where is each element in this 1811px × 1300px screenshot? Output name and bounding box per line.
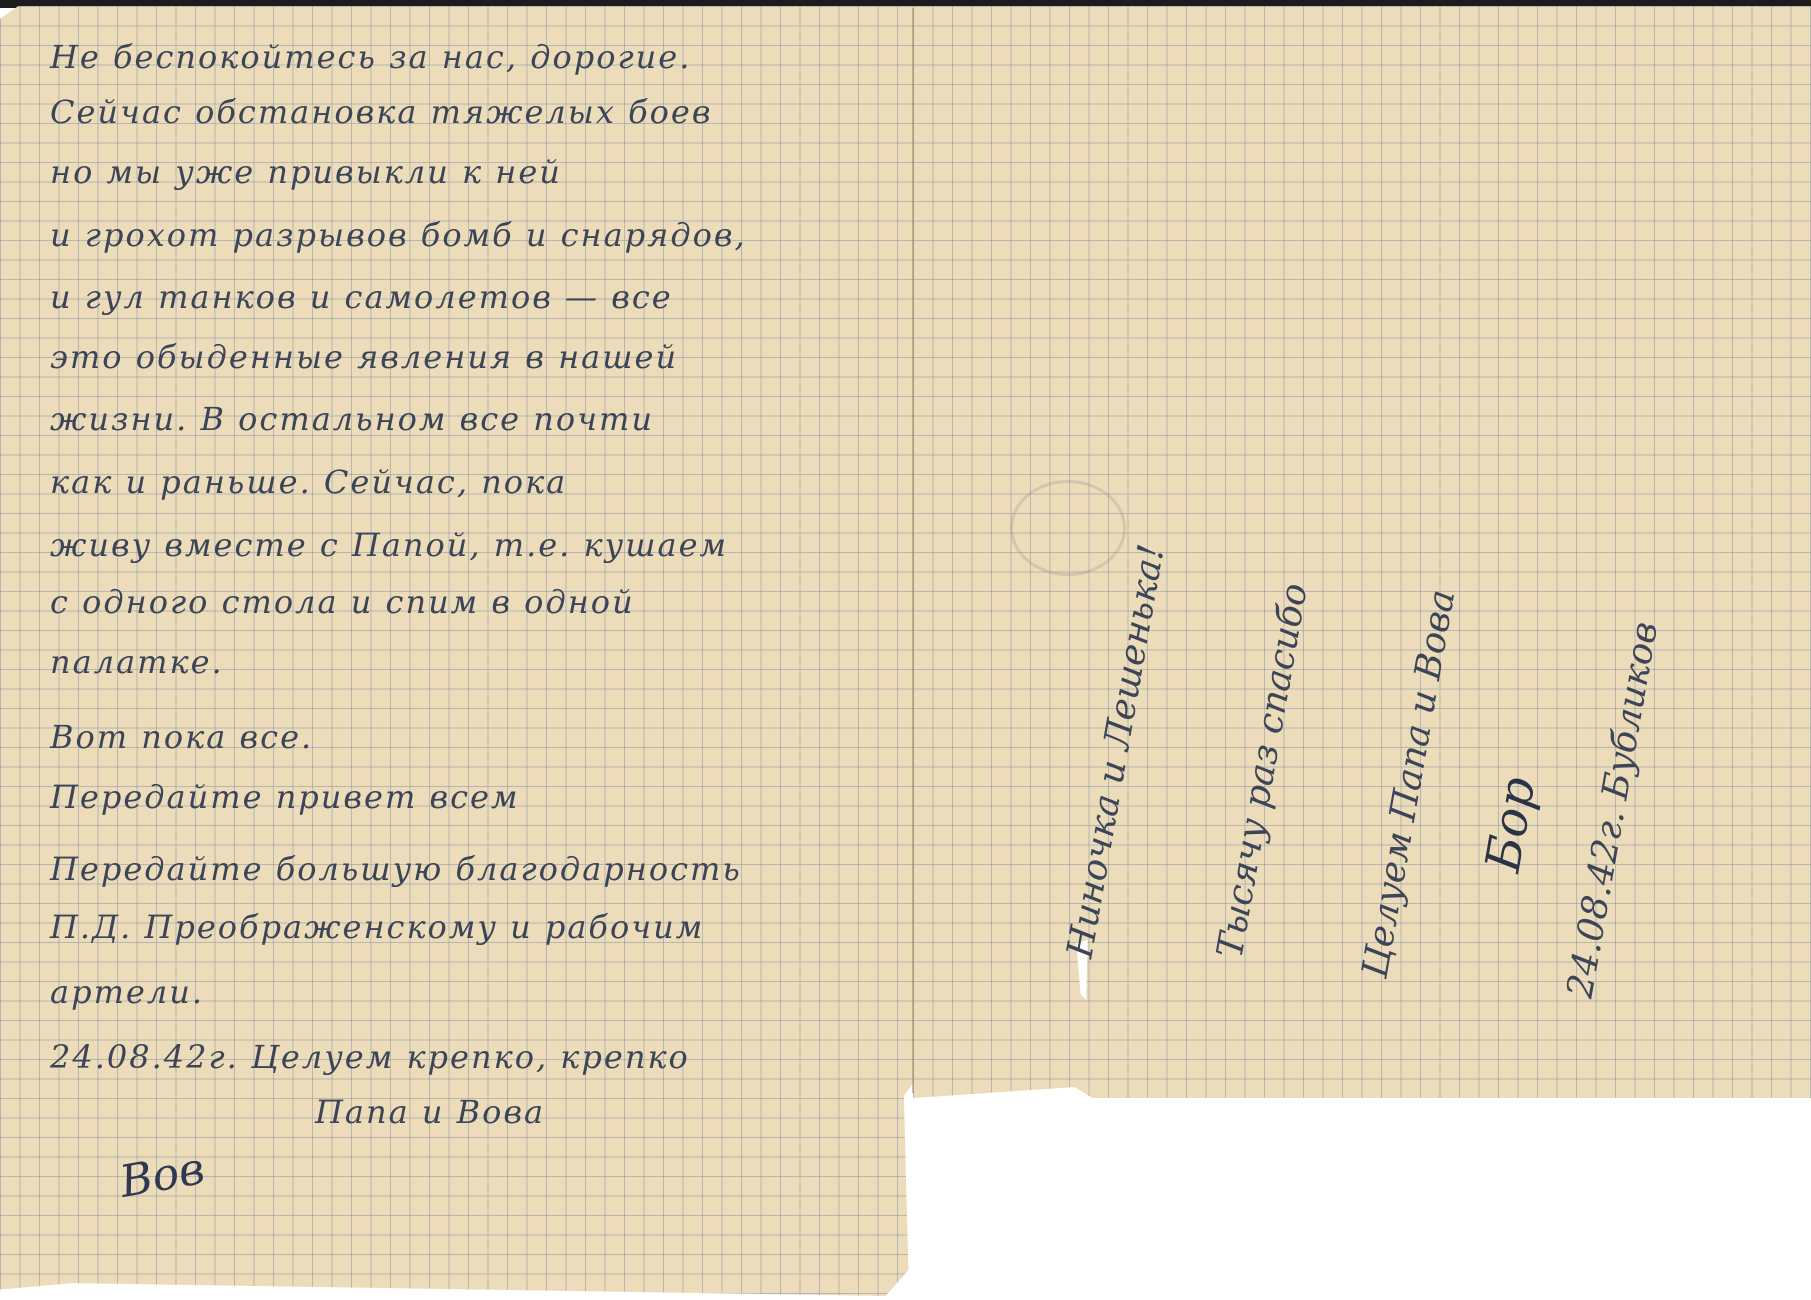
letter-line: Не беспокойтесь за нас, дорогие. [50, 38, 691, 76]
letter-line: как и раньше. Сейчас, пока [50, 463, 567, 501]
letter-line: Передайте большую благодарность [50, 850, 742, 888]
letter-line: жизни. В остальном все почти [50, 400, 654, 438]
letter-line: П.Д. Преображенскому и рабочим [50, 908, 704, 946]
letter-line: это обыденные явления в нашей [50, 338, 678, 376]
letter-line: Передайте привет всем [50, 778, 519, 816]
date-line: 24.08.42г. Целуем крепко, крепко [50, 1038, 690, 1076]
closing-names: Папа и Вова [315, 1093, 545, 1131]
letter-line: с одного стола и спим в одной [50, 583, 635, 621]
faded-postal-stamp [1010, 480, 1126, 576]
page-fold [912, 8, 914, 1093]
letter-line: и грохот разрывов бомб и снарядов, [50, 216, 747, 254]
letter-line: палатке. [50, 643, 224, 681]
letter-line: артели. [50, 973, 204, 1011]
letter-line: и гул танков и самолетов — все [50, 278, 673, 316]
letter-line: но мы уже привыкли к ней [50, 153, 562, 191]
letter-line: Вот пока все. [50, 718, 313, 756]
letter-line: живу вместе с Папой, т.е. кушаем [50, 526, 728, 564]
letter-line: Сейчас обстановка тяжелых боев [50, 93, 712, 131]
